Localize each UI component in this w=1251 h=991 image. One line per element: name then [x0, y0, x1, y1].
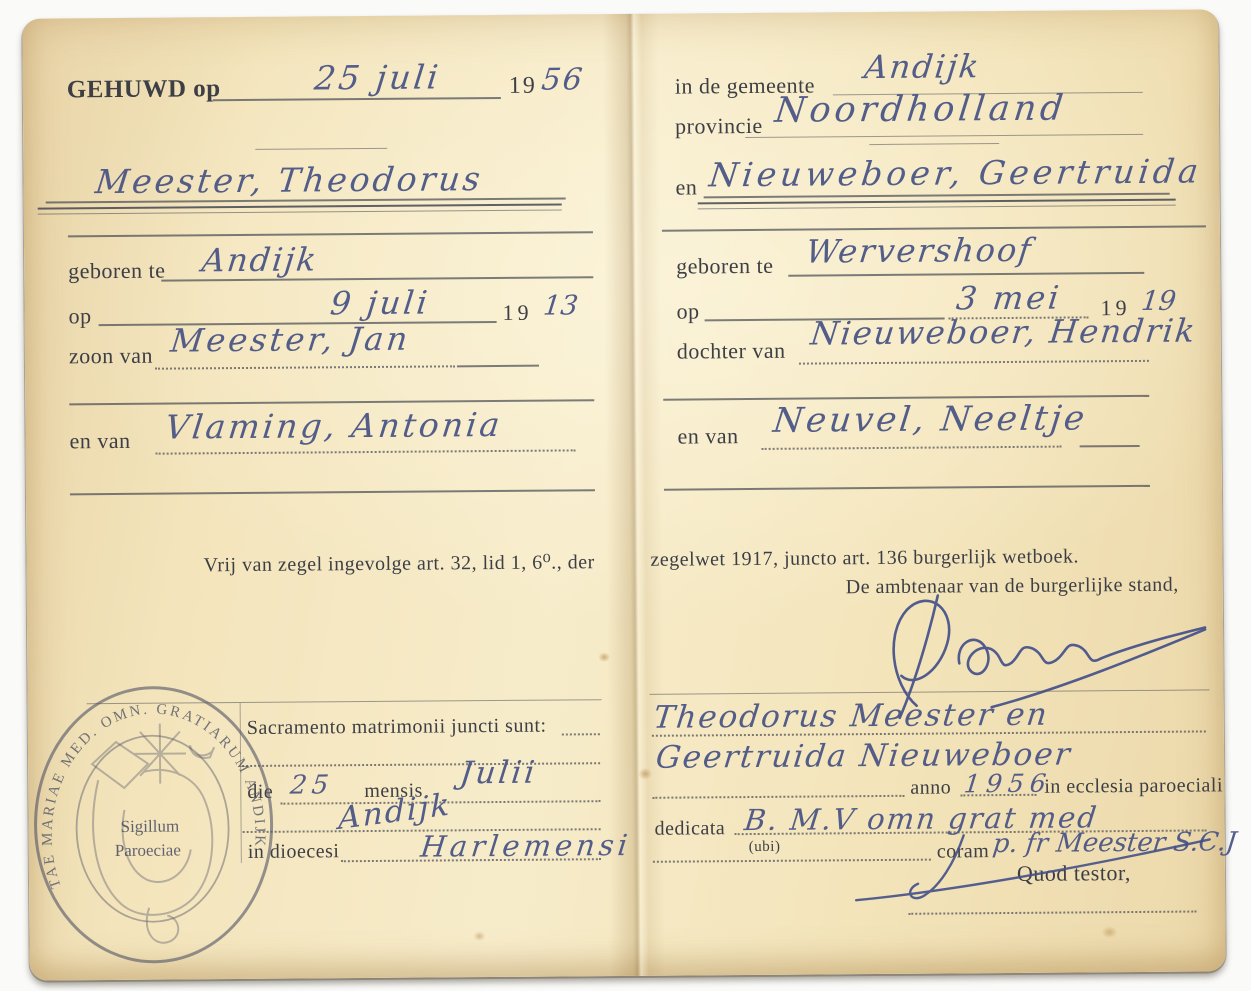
born-at-label: geboren te	[676, 253, 773, 280]
ubi-label: (ubi)	[749, 839, 781, 856]
groom-birthdate-handwriting: 9 juli	[328, 284, 432, 323]
parish-church-label: in ecclesia paroeciali	[1044, 774, 1223, 798]
dedicated-label: dedicata	[655, 817, 726, 841]
and-of-label: en van	[69, 428, 130, 454]
and-label: en	[675, 174, 697, 200]
svg-text:TAE MARIAE MED. OMN. GRATIARUM: TAE MARIAE MED. OMN. GRATIARUM ANDIJK	[39, 701, 269, 891]
municipality-handwriting: Andijk	[862, 47, 982, 86]
born-at-label: geboren te	[68, 258, 165, 285]
married-year-handwriting: 56	[540, 62, 586, 97]
married-year-prefix: 19	[509, 73, 537, 100]
paper-stain	[473, 931, 485, 941]
stamp-paroeciae-text: Paroeciae	[115, 841, 181, 861]
groom-birthyear-handwriting: 13	[542, 290, 580, 321]
day-handwriting: 25	[289, 770, 336, 800]
daughter-of-label: dochter van	[677, 338, 786, 365]
groom-birthplace-handwriting: Andijk	[200, 240, 320, 279]
month-handwriting: Julii	[458, 755, 539, 792]
province-label: provincie	[675, 113, 763, 140]
paper-stain	[1101, 926, 1117, 938]
bride-father-handwriting: Nieuweboer, Hendrik	[809, 311, 1199, 352]
on-label: op	[676, 298, 699, 324]
groom-name-handwriting: Meester, Theodorus	[93, 159, 485, 201]
bride-mother-handwriting: Neuvel, Neeltje	[771, 398, 1089, 441]
paper-stain	[638, 768, 652, 780]
on-label: op	[68, 303, 91, 329]
province-handwriting: Noordholland	[773, 89, 1069, 131]
bride-birthdate-handwriting: 3 mei	[954, 279, 1063, 318]
year-label: anno	[910, 776, 951, 799]
married-date-handwriting: 25 juli	[312, 57, 443, 97]
stamp-ring-text: TAE MARIAE MED. OMN. GRATIARUM ANDIJK	[39, 701, 269, 891]
couple-names-line1-handwriting: Theodorus Meester en	[652, 697, 1051, 736]
groom-birthyear-prefix: 19	[502, 300, 532, 326]
stamp-exemption-note-right: zegelwet 1917, juncto art. 136 burgerlij…	[650, 545, 1079, 571]
priest-signature-flourish	[848, 827, 1219, 915]
stamp-exemption-note-left: Vrij van zegel ingevolge art. 32, lid 1,…	[203, 549, 594, 577]
groom-mother-handwriting: Vlaming, Antonia	[163, 405, 504, 447]
and-of-label: en van	[677, 423, 738, 449]
parish-seal-stamp: TAE MARIAE MED. OMN. GRATIARUM ANDIJK Si…	[27, 679, 279, 973]
scanned-marriage-booklet: GEHUWD op 25 juli 19 56 Meester, Theodor…	[0, 0, 1251, 991]
groom-father-handwriting: Meester, Jan	[169, 320, 413, 360]
stamp-sigillum-text: Sigillum	[121, 817, 180, 836]
bride-name-handwriting: Nieuweboer, Geertruida	[707, 151, 1204, 194]
sacrament-header: Sacramento matrimonii juncti sunt:	[247, 715, 547, 740]
dotted-line	[562, 733, 600, 735]
booklet-spread: GEHUWD op 25 juli 19 56 Meester, Theodor…	[0, 0, 1251, 991]
married-on-label: GEHUWD op	[67, 75, 221, 104]
son-of-label: zoon van	[69, 343, 153, 370]
bride-birthplace-handwriting: Wervershoof	[804, 231, 1035, 271]
paper-stain	[598, 652, 610, 662]
